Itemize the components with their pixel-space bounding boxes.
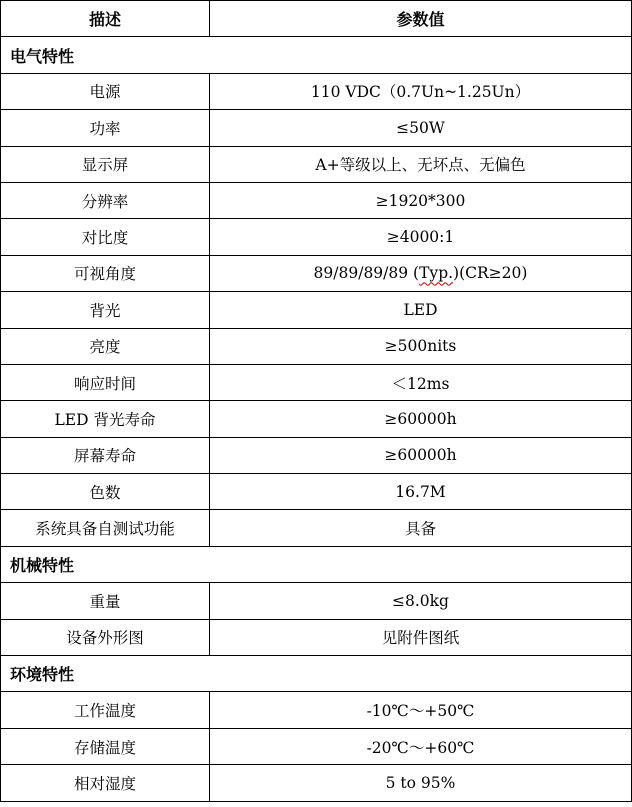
row-value: ≥1920*300 — [210, 182, 632, 218]
row-label: 可视角度 — [1, 255, 210, 291]
row-label: 显示屏 — [1, 146, 210, 182]
table-row: 色数 16.7M — [1, 474, 632, 510]
table-row: 设备外形图 见附件图纸 — [1, 619, 632, 655]
spec-table: 描述 参数值 电气特性 电源 110 VDC（0.7Un~1.25Un） 功率 … — [0, 0, 632, 802]
section-row-environmental: 环境特性 — [1, 656, 632, 692]
row-value: ≥60000h — [210, 437, 632, 473]
table-row: 亮度 ≥500nits — [1, 328, 632, 364]
row-label: 屏幕寿命 — [1, 437, 210, 473]
table-row: 功率 ≤50W — [1, 110, 632, 146]
table-row: 背光 LED — [1, 292, 632, 328]
row-label: 功率 — [1, 110, 210, 146]
section-title: 环境特性 — [1, 656, 632, 692]
table-row: 对比度 ≥4000:1 — [1, 219, 632, 255]
row-value: LED — [210, 292, 632, 328]
row-label: 系统具备自测试功能 — [1, 510, 210, 546]
row-label: 色数 — [1, 474, 210, 510]
row-label: 背光 — [1, 292, 210, 328]
row-value: 110 VDC（0.7Un~1.25Un） — [210, 73, 632, 109]
value-prefix: 89/89/89/89 ( — [314, 264, 420, 282]
row-value: -10℃～+50℃ — [210, 692, 632, 728]
header-parameter-value: 参数值 — [210, 1, 632, 37]
row-label: 响应时间 — [1, 364, 210, 400]
row-label: 重量 — [1, 583, 210, 619]
row-value: A+等级以上、无坏点、无偏色 — [210, 146, 632, 182]
table-row: 系统具备自测试功能 具备 — [1, 510, 632, 546]
table-row: 电源 110 VDC（0.7Un~1.25Un） — [1, 73, 632, 109]
row-value: 16.7M — [210, 474, 632, 510]
header-description: 描述 — [1, 1, 210, 37]
row-value: ≤50W — [210, 110, 632, 146]
row-value: 具备 — [210, 510, 632, 546]
table-row: 显示屏 A+等级以上、无坏点、无偏色 — [1, 146, 632, 182]
row-label: 亮度 — [1, 328, 210, 364]
row-label: 设备外形图 — [1, 619, 210, 655]
table-row: 存储温度 -20℃～+60℃ — [1, 728, 632, 764]
table-row: 分辨率 ≥1920*300 — [1, 182, 632, 218]
row-label: 相对湿度 — [1, 765, 210, 801]
row-value: ≥500nits — [210, 328, 632, 364]
row-value: 5 to 95% — [210, 765, 632, 801]
table-row: 可视角度 89/89/89/89 (Typ.)(CR≥20) — [1, 255, 632, 291]
row-label: 分辨率 — [1, 182, 210, 218]
section-title: 机械特性 — [1, 546, 632, 582]
table-row: 重量 ≤8.0kg — [1, 583, 632, 619]
section-row-mechanical: 机械特性 — [1, 546, 632, 582]
row-value: ＜12ms — [210, 364, 632, 400]
value-suffix: )(CR≥20) — [453, 264, 527, 282]
row-label: 工作温度 — [1, 692, 210, 728]
row-value: ≥60000h — [210, 401, 632, 437]
row-label: 存储温度 — [1, 728, 210, 764]
spellcheck-underlined-text: Typ. — [419, 264, 453, 282]
row-label: 电源 — [1, 73, 210, 109]
row-value: ≥4000:1 — [210, 219, 632, 255]
table-row: 响应时间 ＜12ms — [1, 364, 632, 400]
table-row: LED 背光寿命 ≥60000h — [1, 401, 632, 437]
row-value: -20℃～+60℃ — [210, 728, 632, 764]
section-row-electrical: 电气特性 — [1, 37, 632, 73]
section-title: 电气特性 — [1, 37, 632, 73]
table-row: 工作温度 -10℃～+50℃ — [1, 692, 632, 728]
header-row: 描述 参数值 — [1, 1, 632, 37]
row-value: 见附件图纸 — [210, 619, 632, 655]
row-label: 对比度 — [1, 219, 210, 255]
row-label: LED 背光寿命 — [1, 401, 210, 437]
table-row: 相对湿度 5 to 95% — [1, 765, 632, 801]
row-value: 89/89/89/89 (Typ.)(CR≥20) — [210, 255, 632, 291]
row-value: ≤8.0kg — [210, 583, 632, 619]
table-row: 屏幕寿命 ≥60000h — [1, 437, 632, 473]
